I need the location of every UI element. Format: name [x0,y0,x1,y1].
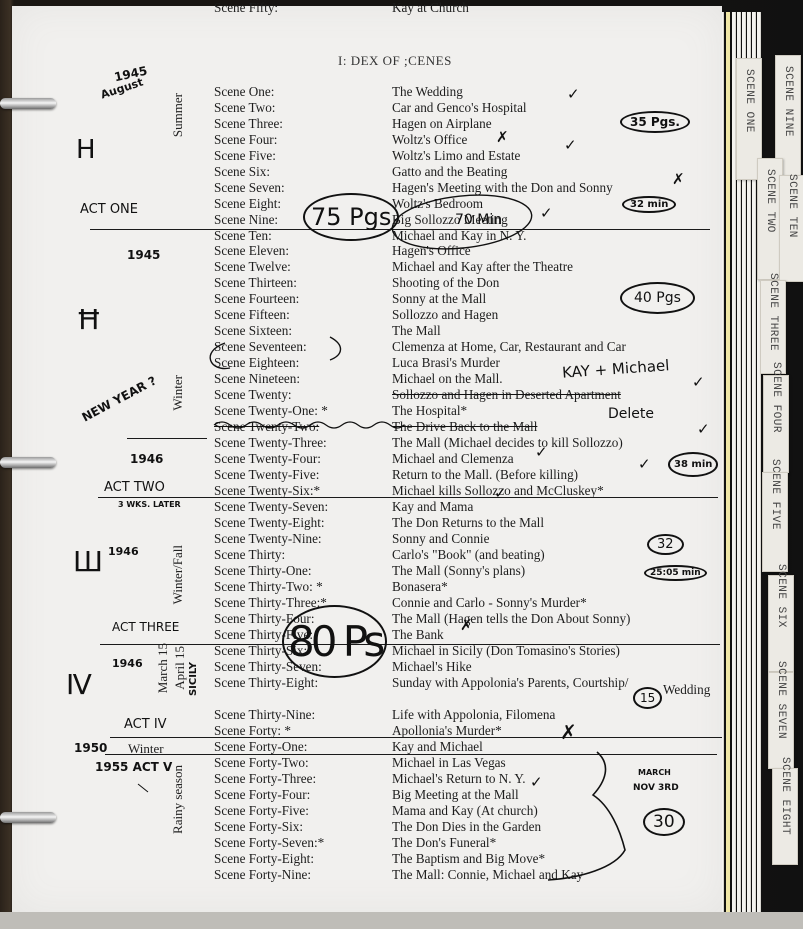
scene-title: Sonny at the Mall [392,291,486,307]
x-mark-icon: ✗ [460,616,473,634]
scene-title: The Don's Funeral* [392,835,496,851]
scene-number: Scene Thirty-Two: * [214,579,323,595]
scene-number: Scene Nineteen: [214,371,300,387]
hw-delete: Delete [608,406,654,422]
scene-number: Scene Nine: [214,212,278,228]
scene-number: Scene Fifteen: [214,307,290,323]
act-divider-5 [105,754,717,755]
scene-title: Hagen on Airplane [392,116,492,132]
scene-title: Gatto and the Beating [392,164,507,180]
scene-number: Scene Twenty-Five: [214,467,319,483]
scene-number: Scene Six: [214,164,270,180]
check-mark-icon: ✓ [564,136,577,154]
scene-number: Scene Ten: [214,228,272,244]
scene-title: Sonny and Connie [392,531,489,547]
hw-70-min: 70 Min [455,212,502,228]
hw-30-count: 30 [643,808,685,836]
hw-32-count: 32 [647,534,684,555]
scene-title: The Baptism and Big Move* [392,851,545,867]
act-divider-2 [98,497,718,498]
hw-three-weeks-later: 3 WKS. LATER [118,500,181,509]
hw-25-05-min: 25:05 min [644,565,707,581]
scene-title: The Don Returns to the Mall [392,515,544,531]
scene-title: Michael in Sicily (Don Tomasino's Storie… [392,643,620,659]
hw-35-pages: 35 Pgs. [620,111,690,133]
scene-title: Carlo's "Book" (and beating) [392,547,545,563]
scene-title: Kay and Michael [392,739,483,755]
scene-number: Scene Three: [214,116,283,132]
scene-number: Scene Forty-Six: [214,819,303,835]
act-divider-1 [90,229,710,230]
hw-nov-3rd: NOV 3RD [633,783,679,793]
hw-32-min: 32 min [622,196,676,213]
scene-number: Scene Twenty-One: * [214,403,328,419]
binder-ring-middle [0,457,56,468]
hw-38-min: 38 min [668,452,718,477]
scene-number: Scene Forty-Eight: [214,851,314,867]
scene-title: Michael and Clemenza [392,451,514,467]
scene-number: Scene Thirty: [214,547,285,563]
hw-80-pages: 80 Ps [282,605,387,678]
scene-title: The Drive Back to the Mall [392,419,537,435]
hw-1955-act-five: 1955 ACT V [95,760,172,774]
check-mark-icon: ✓ [638,455,651,473]
scene-number: Scene Twenty: [214,387,292,403]
scene-title: The Bank [392,627,444,643]
scene-title: Car and Genco's Hospital [392,100,527,116]
scene-title: Hagen's Office [392,243,471,259]
scene-title: Woltz's Office [392,132,467,148]
scene-title: Sollozzo and Hagen [392,307,498,323]
check-mark-icon: ✓ [697,420,710,438]
scene-number: Scene Twenty-Three: [214,435,327,451]
binder-ring-top [0,98,56,109]
scene-number: Scene Two: [214,100,275,116]
scene-number: Scene Twenty-Nine: [214,531,322,547]
season-rainy: Rainy season [170,765,186,834]
scene-title: Connie and Carlo - Sonny's Murder* [392,595,587,611]
check-mark-icon: ✓ [540,204,553,222]
scene-number: Scene Five: [214,148,276,164]
check-mark-icon: ✓ [530,773,543,791]
check-mark-icon: ✓ [692,373,705,391]
scene-number: Scene Thirty-Nine: [214,707,315,723]
scene-title: Clemenza at Home, Car, Restaurant and Ca… [392,339,626,355]
scene-index-page [12,6,722,912]
scene-number: Scene One: [214,84,274,100]
tab-scene-ten[interactable]: SCENE TEN [779,175,803,282]
scene-number: Scene Twenty-Eight: [214,515,325,531]
hw-act-three-numeral: Ш [73,545,103,578]
scene-title: The Hospital* [392,403,467,419]
scene-title: The Mall: Connie, Michael and Kay [392,867,583,883]
check-mark-icon: ✓ [494,484,507,502]
scene-title: Michael on the Mall. [392,371,503,387]
scene-title: The Mall (Michael decides to kill Solloz… [392,435,623,451]
season-summer: Summer [170,93,186,137]
scene-title: Kay at Church [392,0,469,16]
x-mark-icon: ✗ [672,170,685,188]
scene-title: Michael and Kay after the Theatre [392,259,573,275]
page-title: I: DEX OF ;CENES [338,53,452,69]
tab-scene-five[interactable]: SCENE FIVE [762,472,788,572]
scene-number: Scene Fourteen: [214,291,299,307]
scene-number: Scene Fifty: [214,0,278,16]
hw-40-pages: 40 Pgs [620,282,695,314]
hw-sicily: SICILY [188,662,199,696]
scene-number: Scene Eight: [214,196,281,212]
scene-number: Scene Forty-Three: [214,771,316,787]
season-winter-fall: Winter/Fall [170,545,186,604]
scene-title: Michael's Hike [392,659,472,675]
hw-15-count: 15 [633,687,662,709]
scene-number: Scene Seven: [214,180,285,196]
scene-number: Scene Thirty-Eight: [214,675,318,691]
tab-scene-three[interactable]: SCENE THREE [760,280,786,374]
scene-title: Sollozzo and Hagen in Deserted Apartment [392,387,621,403]
scene-number: Scene Twenty-Seven: [214,499,328,515]
scene-title: Michael in Las Vegas [392,755,506,771]
hw-act-one-numeral: H [76,135,96,165]
x-mark-icon: ✗ [560,720,577,744]
scene-number: Scene Forty-Nine: [214,867,311,883]
scene-title: Michael's Return to N. Y. [392,771,526,787]
scene-title: Kay and Mama [392,499,473,515]
scene-title: Shooting of the Don [392,275,499,291]
scene-title: Life with Appolonia, Filomena [392,707,555,723]
scene-number: Scene Sixteen: [214,323,292,339]
scene-title: Woltz's Bedroom [392,196,483,212]
hw-act-one: ACT ONE [80,202,138,217]
scene-number: Scene Twenty-Four: [214,451,321,467]
check-mark-icon: ✓ [535,443,548,461]
scene-title: Return to the Mall. (Before killing) [392,467,578,483]
scene-number: Scene Twelve: [214,259,291,275]
scene-number: Scene Forty-Seven:* [214,835,324,851]
check-mark-icon: ✓ [567,85,580,103]
hw-year-1945-b: 1945 [127,248,160,262]
hw-year-1946-c: 1946 [112,657,143,670]
season-march-15: March 15 [155,643,171,693]
hw-march: MARCH [638,768,671,777]
scene-title: Sunday with Appolonia's Parents, Courtsh… [392,675,628,691]
scene-number: Scene Eleven: [214,243,289,259]
hw-act-two: ACT TWO [104,480,165,495]
hw-year-1946-b: 1946 [108,545,139,558]
scene-title: Bonasera* [392,579,448,595]
hw-year-1950: 1950 [74,741,107,755]
season-winter: Winter [170,375,186,411]
tab-scene-seven[interactable]: SCENE SEVEN [768,672,794,769]
hw-75-pages: 75 Pgs [303,193,399,241]
scene-title: Hagen's Meeting with the Don and Sonny [392,180,613,196]
season-april-15: April 15 [172,646,188,690]
act-divider-3 [100,644,720,645]
act-divider-4 [110,737,722,738]
scene-number: Scene Forty-Two: [214,755,309,771]
scene-number: Scene Forty-One: [214,739,307,755]
scene-title: Michael and Kay in N. Y. [392,228,526,244]
scene-title: The Wedding [392,84,463,100]
x-mark-icon: ✗ [496,128,509,146]
scene-title: Luca Brasi's Murder [392,355,500,371]
scene-number: Scene Four: [214,132,277,148]
hw-year-1946-a: 1946 [130,452,163,466]
scene-number: Scene Forty-Four: [214,787,310,803]
hw-act-four-numeral: Ⅳ [66,668,92,701]
scene-number: Scene Twenty-Two: [214,419,319,435]
scene-number: Scene Forty-Five: [214,803,309,819]
scene-title: Big Meeting at the Mall [392,787,519,803]
hw-act-three: ACT THREE [112,620,179,634]
tab-scene-six[interactable]: SCENE SIX [768,575,794,672]
hw-act-four: ACT IV [124,717,167,732]
scene-title: Woltz's Limo and Estate [392,148,520,164]
tab-scene-eight[interactable]: SCENE EIGHT [772,768,798,865]
scene-title: Mama and Kay (At church) [392,803,538,819]
season-divider-1 [127,438,207,439]
scene-number: Scene Eighteen: [214,355,299,371]
scene-number: Scene Seventeen: [214,339,307,355]
scene-title: The Don Dies in the Garden [392,819,541,835]
scene-title: The Mall (Hagen tells the Don About Sonn… [392,611,630,627]
scene-title: Wedding [663,682,710,698]
scene-title: The Mall [392,323,441,339]
scene-number: Scene Thirty-One: [214,563,312,579]
scene-number: Scene Thirteen: [214,275,297,291]
desk-surface [0,912,803,929]
hw-act-two-numeral: Ħ [76,303,102,336]
binder-ring-bottom [0,812,56,823]
scene-title: The Mall (Sonny's plans) [392,563,525,579]
